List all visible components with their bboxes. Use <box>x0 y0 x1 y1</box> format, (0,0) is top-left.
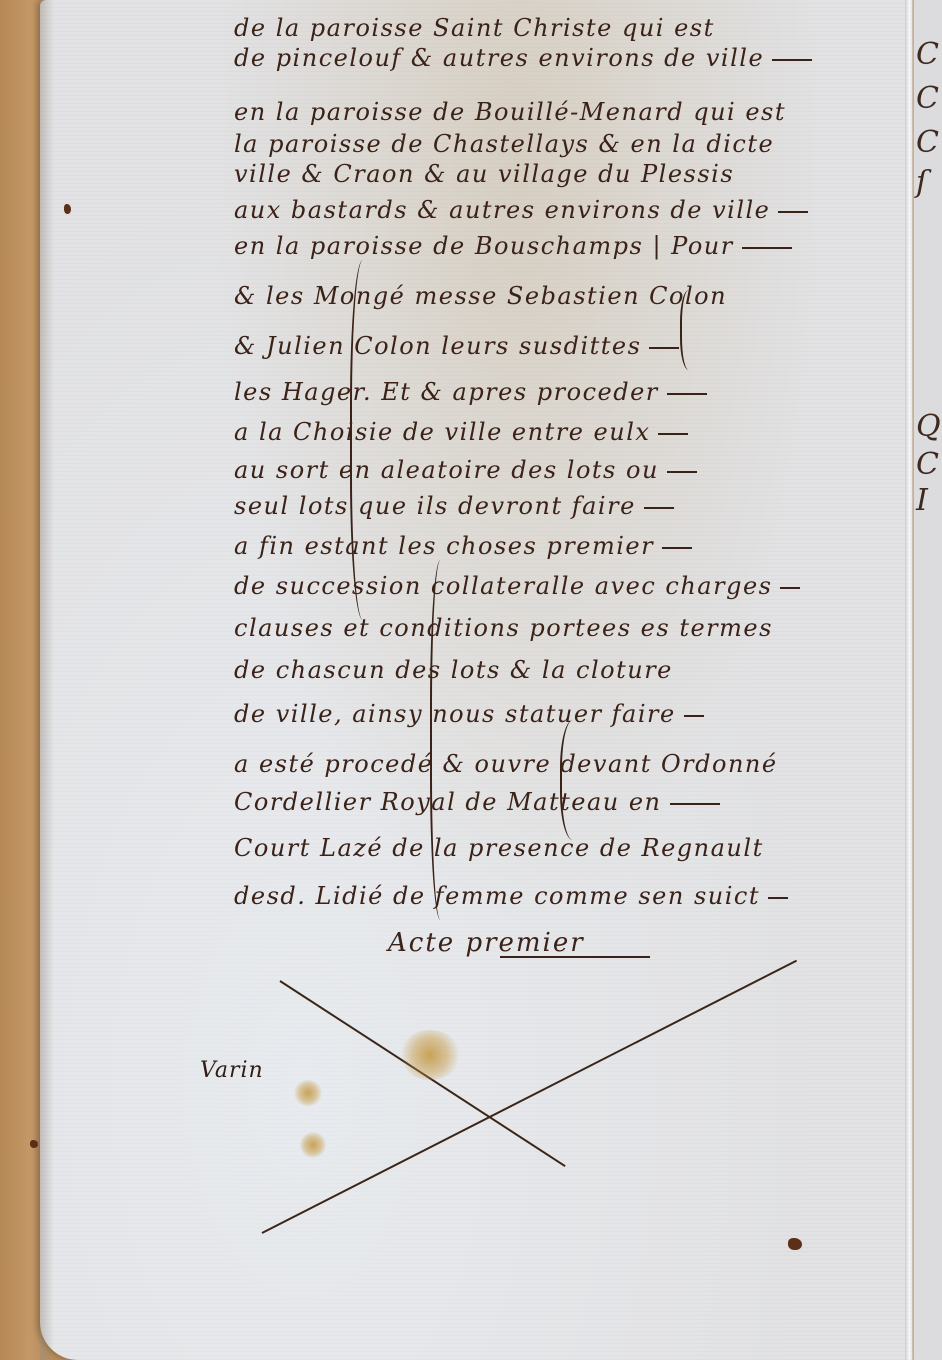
line-text: la paroisse de Chastellays & en la dicte <box>234 130 774 158</box>
manuscript-line: seul lots que ils devront faire <box>234 492 914 520</box>
line-text: en la paroisse de Bouschamps | Pour <box>234 232 734 260</box>
line-filler-dash <box>684 715 704 717</box>
line-text: de succession collateralle avec charges <box>234 572 772 600</box>
manuscript-line: a fin estant les choses premier <box>234 532 914 560</box>
line-text: Court Lazé de la presence de Regnault <box>234 834 764 862</box>
line-filler-dash <box>667 471 697 473</box>
line-filler-dash <box>780 587 800 589</box>
manuscript-line: & les Mongé messe Sebastien Colon <box>234 282 914 310</box>
facing-page-glyph: C <box>916 128 939 158</box>
line-filler-dash <box>662 547 692 549</box>
facing-page-glyph: I <box>916 486 928 516</box>
line-filler-dash <box>644 507 674 509</box>
line-text: a la Choisie de ville entre eulx <box>234 418 650 446</box>
manuscript-line: desd. Lidié de femme comme sen suict <box>234 882 914 910</box>
facing-page-glyph: Q <box>916 412 941 442</box>
manuscript-line: de succession collateralle avec charges <box>234 572 914 600</box>
line-text: desd. Lidié de femme comme sen suict <box>234 882 760 910</box>
line-text: au sort en aleatoire des lots ou <box>234 456 659 484</box>
facing-page-glyph: C <box>916 450 939 480</box>
manuscript-line: ville & Craon & au village du Plessis <box>234 160 914 188</box>
ink-stain <box>294 1080 322 1106</box>
descender-flourish <box>430 560 456 920</box>
paper-hole <box>30 1140 38 1148</box>
paper-hole <box>788 1238 802 1250</box>
line-text: ville & Craon & au village du Plessis <box>234 160 734 188</box>
descender-flourish <box>680 290 702 370</box>
line-filler-dash <box>742 247 792 249</box>
line-text: & Julien Colon leurs susdittes <box>234 332 641 360</box>
line-text: & les Mongé messe Sebastien Colon <box>234 282 727 310</box>
line-text: clauses et conditions portees es termes <box>234 614 773 642</box>
line-filler-dash <box>670 803 720 805</box>
descender-flourish <box>560 720 592 840</box>
manuscript-line: & Julien Colon leurs susdittes <box>234 332 914 360</box>
line-filler-dash <box>778 211 808 213</box>
manuscript-line: clauses et conditions portees es termes <box>234 614 914 642</box>
manuscript-line: de chascun des lots & la cloture <box>234 656 914 684</box>
manuscript-text-block: de la paroisse Saint Christe qui est de … <box>0 0 942 1360</box>
line-filler-dash <box>667 393 707 395</box>
manuscript-line: de la paroisse Saint Christe qui est <box>234 14 914 42</box>
manuscript-line: a la Choisie de ville entre eulx <box>234 418 914 446</box>
signature: Varin <box>200 1058 264 1083</box>
descender-flourish <box>350 260 382 620</box>
ink-stain <box>300 1132 326 1158</box>
line-text: a esté procedé & ouvre devant Ordonné <box>234 750 778 778</box>
paper-hole <box>64 204 71 214</box>
manuscript-line: en la paroisse de Bouschamps | Pour <box>234 232 914 260</box>
manuscript-line: les Hager. Et & apres proceder <box>234 378 914 406</box>
closing-underline <box>500 956 650 958</box>
line-text: aux bastards & autres environs de ville <box>234 196 770 224</box>
facing-page-edge: C C C ſ Q C I <box>914 0 942 1360</box>
facing-page-glyph: ſ <box>916 168 927 198</box>
ink-stain <box>400 1030 460 1080</box>
line-text: les Hager. Et & apres proceder <box>234 378 659 406</box>
line-filler-dash <box>649 347 679 349</box>
manuscript-line: au sort en aleatoire des lots ou <box>234 456 914 484</box>
line-text: de la paroisse Saint Christe qui est <box>234 14 715 42</box>
line-filler-dash <box>768 897 788 899</box>
manuscript-line: aux bastards & autres environs de ville <box>234 196 914 224</box>
manuscript-line: de pincelouf & autres environs de ville <box>234 44 914 72</box>
line-text: seul lots que ils devront faire <box>234 492 636 520</box>
line-filler-dash <box>658 433 688 435</box>
line-text: en la paroisse de Bouillé-Menard qui est <box>234 98 786 126</box>
manuscript-line: la paroisse de Chastellays & en la dicte <box>234 130 914 158</box>
facing-page-glyph: C <box>916 40 939 70</box>
facing-page-glyph: C <box>916 84 939 114</box>
closing-text: Acte premier <box>388 928 585 958</box>
line-filler-dash <box>772 59 812 61</box>
manuscript-line: en la paroisse de Bouillé-Menard qui est <box>234 98 914 126</box>
line-text: a fin estant les choses premier <box>234 532 654 560</box>
line-text: de pincelouf & autres environs de ville <box>234 44 764 72</box>
